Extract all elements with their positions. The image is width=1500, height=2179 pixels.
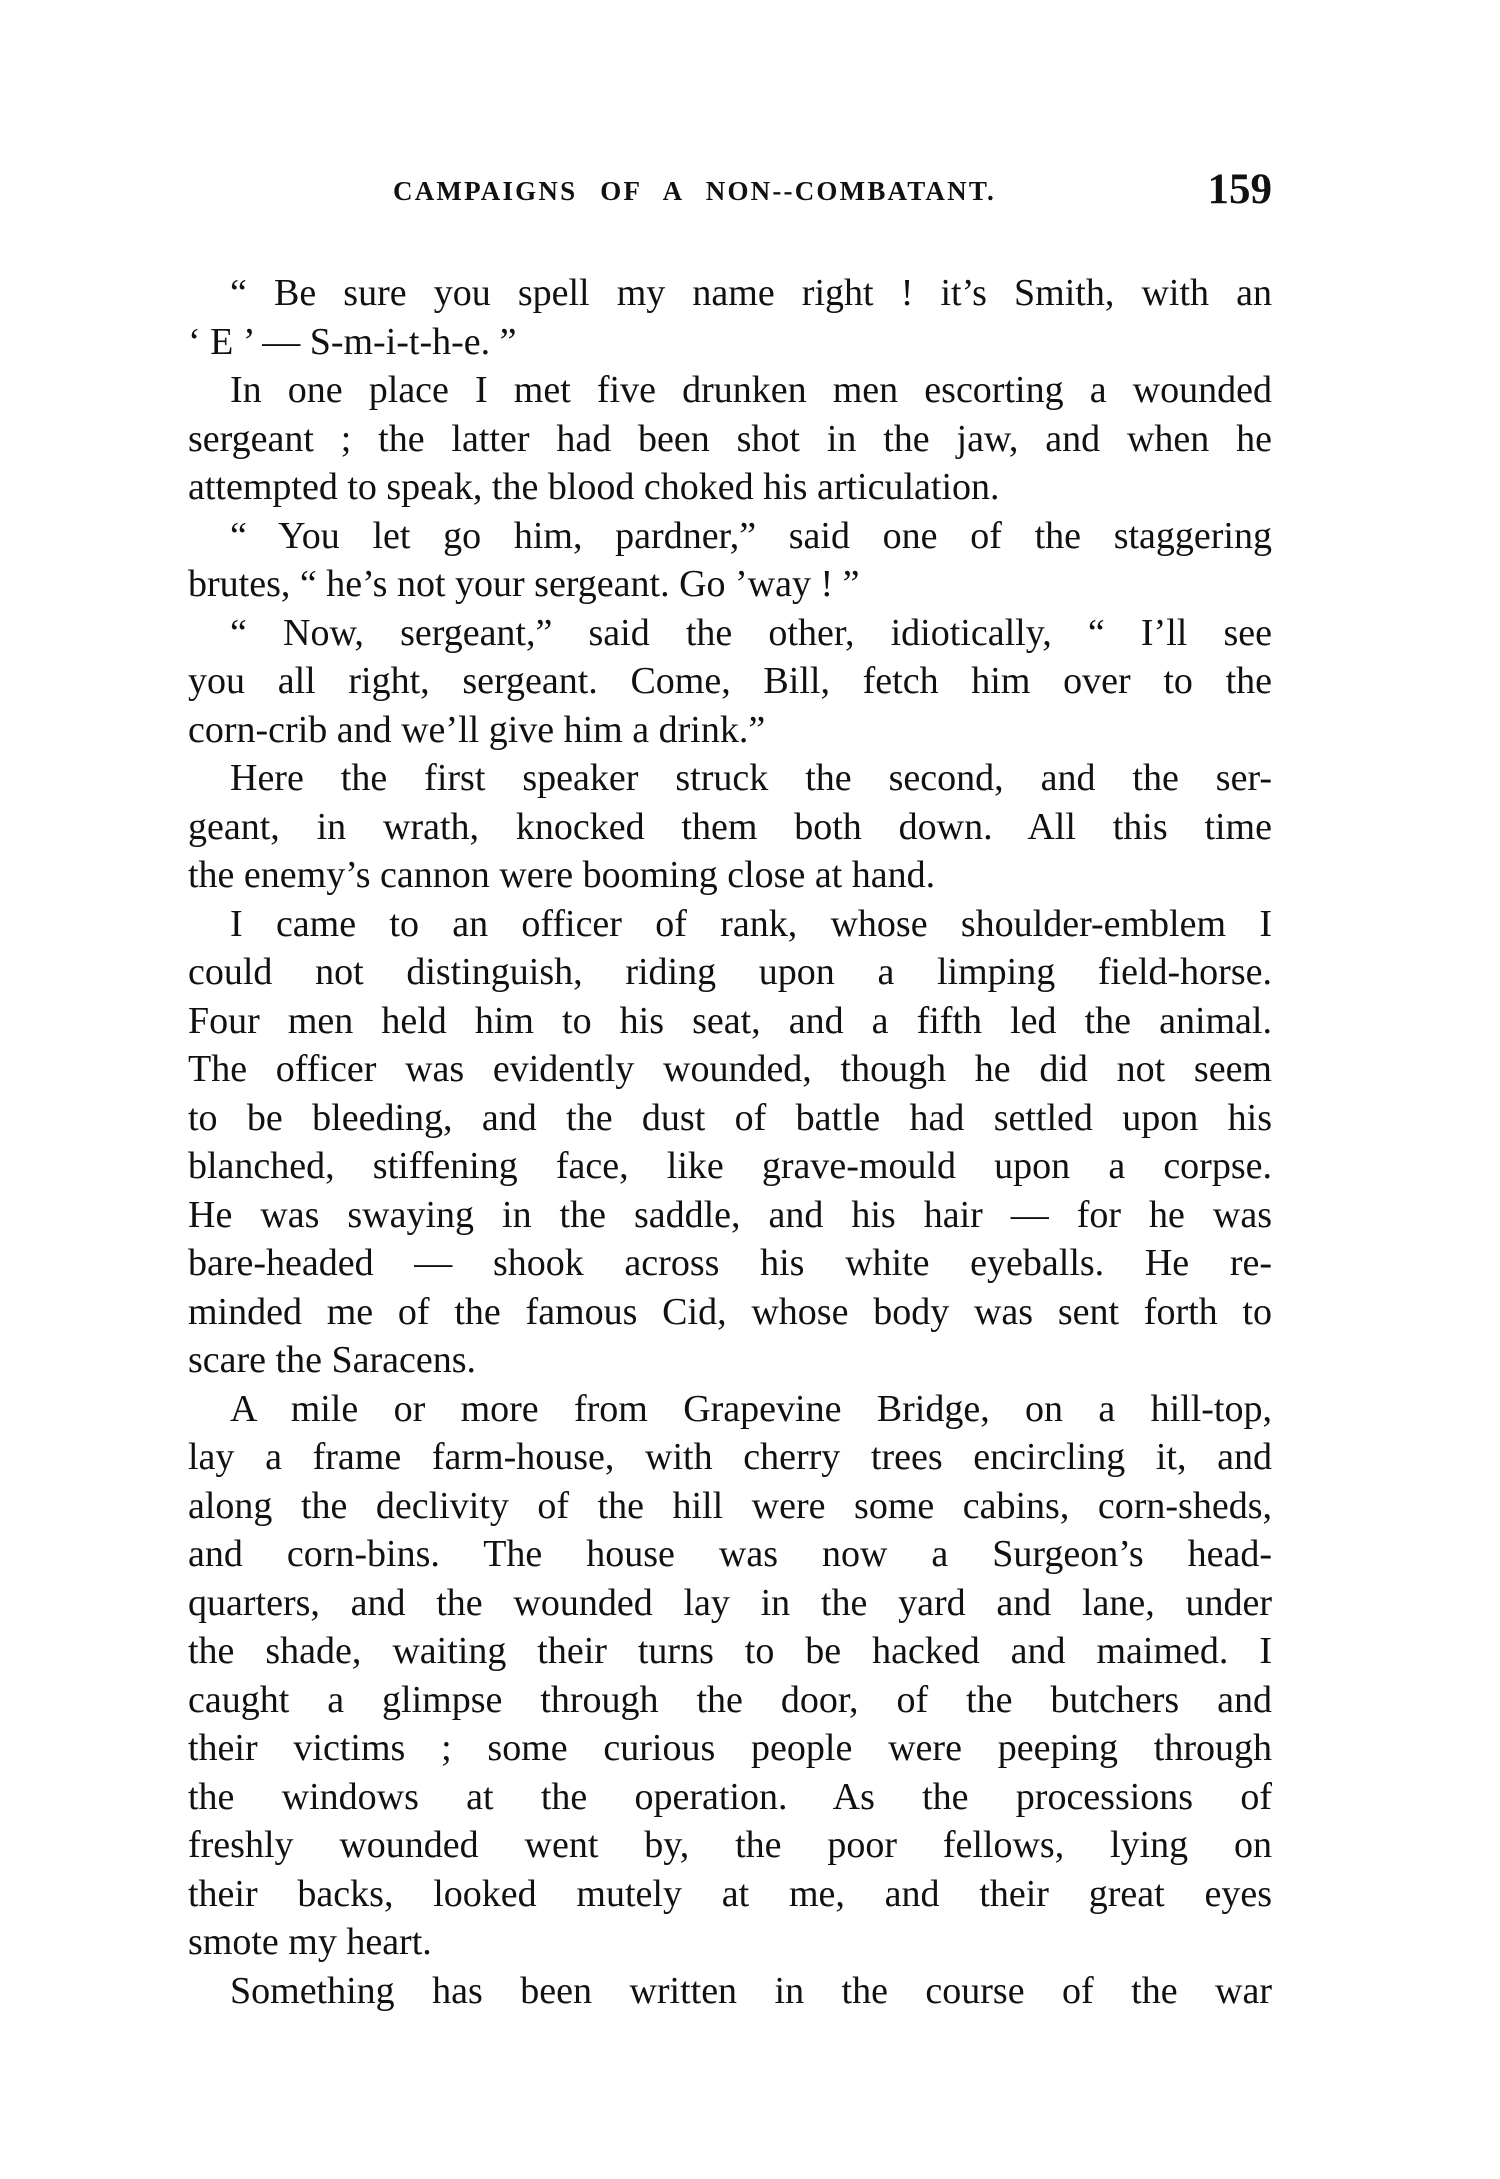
text-line: smote my heart. [188,1918,1272,1967]
book-page: CAMPAIGNS OF A NON--COMBATANT. 159 “ Be … [0,0,1500,2179]
text-line: along the declivity of the hill were som… [188,1482,1272,1531]
text-line: the enemy’s cannon were booming close at… [188,851,1272,900]
text-line: could not distinguish, riding upon a lim… [188,948,1272,997]
text-line: scare the Saracens. [188,1336,1272,1385]
text-line: blanched, stiffening face, like grave-mo… [188,1142,1272,1191]
text-line: to be bleeding, and the dust of battle h… [188,1094,1272,1143]
text-line: ‘ E ’ — S-m-i-t-h-e. ” [188,318,1272,367]
text-line: I came to an officer of rank, whose shou… [188,900,1272,949]
text-line: you all right, sergeant. Come, Bill, fet… [188,657,1272,706]
text-line: the windows at the operation. As the pro… [188,1773,1272,1822]
text-line: “ Now, sergeant,” said the other, idioti… [188,609,1272,658]
text-line: Here the first speaker struck the second… [188,754,1272,803]
page-number: 159 [1208,168,1273,212]
text-line: their victims ; some curious people were… [188,1724,1272,1773]
text-line: brutes, “ he’s not your sergeant. Go ’wa… [188,560,1272,609]
text-line: caught a glimpse through the door, of th… [188,1676,1272,1725]
text-line: The officer was evidently wounded, thoug… [188,1045,1272,1094]
text-line: Something has been written in the course… [188,1967,1272,2016]
text-line: their backs, looked mutely at me, and th… [188,1870,1272,1919]
text-line: “ You let go him, pardner,” said one of … [188,512,1272,561]
text-line: sergeant ; the latter had been shot in t… [188,415,1272,464]
text-line: and corn-bins. The house was now a Surge… [188,1530,1272,1579]
text-line: “ Be sure you spell my name right ! it’s… [188,269,1272,318]
text-line: lay a frame farm-house, with cherry tree… [188,1433,1272,1482]
text-line: In one place I met five drunken men esco… [188,366,1272,415]
text-line: attempted to speak, the blood choked his… [188,463,1272,512]
text-line: quarters, and the wounded lay in the yar… [188,1579,1272,1628]
text-line: bare-headed — shook across his white eye… [188,1239,1272,1288]
body-text: “ Be sure you spell my name right ! it’s… [188,269,1272,2015]
text-line: Four men held him to his seat, and a fif… [188,997,1272,1046]
text-line: minded me of the famous Cid, whose body … [188,1288,1272,1337]
running-head: CAMPAIGNS OF A NON--COMBATANT. [393,176,996,206]
text-line: freshly wounded went by, the poor fellow… [188,1821,1272,1870]
text-line: the shade, waiting their turns to be hac… [188,1627,1272,1676]
text-line: A mile or more from Grapevine Bridge, on… [188,1385,1272,1434]
text-line: corn-crib and we’ll give him a drink.” [188,706,1272,755]
text-line: He was swaying in the saddle, and his ha… [188,1191,1272,1240]
text-line: geant, in wrath, knocked them both down.… [188,803,1272,852]
